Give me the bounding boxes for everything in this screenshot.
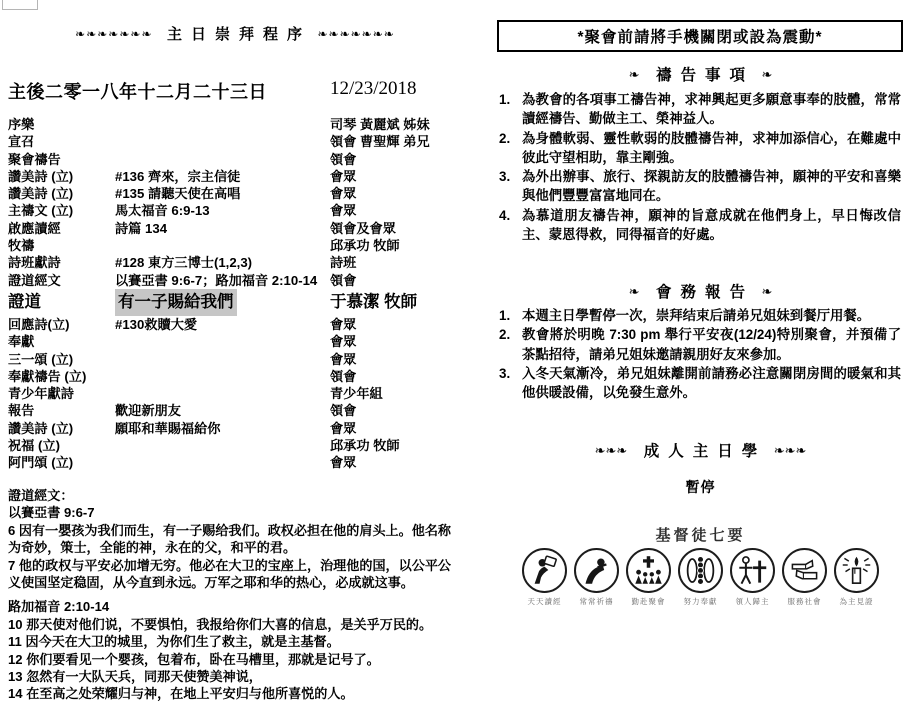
item-text: 為外出辦事、旅行、探親訪友的肢體禱告神，願神的平安和喜樂與他們豐豐富富地同在。 <box>522 167 901 206</box>
program-row: 牧禱 邱承功 牧師 <box>8 237 462 254</box>
seven-essentials-row: 天天讀經 常常祈禱 <box>490 548 911 607</box>
program-row: 證道 有一子賜給我們 于慕潔 牧師 <box>8 289 462 316</box>
ornament-right: ❧❧❧❧❧❧❧ <box>317 27 394 41</box>
announcement-list-item: 1. 本週主日學暫停一次，崇拜结束后請弟兄姐妹到餐厅用餐。 <box>499 306 901 325</box>
offering-icon-circle <box>678 548 723 593</box>
program-row: 奉獻 會眾 <box>8 333 462 350</box>
program-row: 奉獻禱告 (立) 領會 <box>8 368 462 385</box>
program-row: 主禱文 (立) 馬太福音 6:9-13 會眾 <box>8 202 462 219</box>
program-row: 青少年獻詩 青少年組 <box>8 385 462 402</box>
program-item-label: 青少年獻詩 <box>8 385 74 402</box>
western-date: 12/23/2018 <box>330 78 417 100</box>
program-person: 領會 曹聖輝 弟兄 <box>330 133 430 150</box>
seven-item: 服務社會 <box>780 548 829 607</box>
seven-essentials: 基督徒七要 天天讀經 <box>490 524 911 607</box>
item-number: 1. <box>499 306 522 325</box>
program-content: #135 請聽天使在高唱 <box>115 185 240 202</box>
announcement-list-item: 3. 入冬天氣漸冷，弟兄姐妹離開前請務必注意關閉房間的暖氣和其他供暖設備，以免發… <box>499 364 901 403</box>
service-icon <box>788 554 821 587</box>
scripture-verse: 6 因有一嬰孩为我们而生，有一子赐给我们。政权必担在他的肩头上。他名称为奇妙，策… <box>8 522 462 557</box>
program-row: 回應詩(立) #130救贖大愛 會眾 <box>8 316 462 333</box>
item-number: 3. <box>499 364 522 403</box>
ornament-left: ❧❧❧❧❧❧❧ <box>75 27 152 41</box>
program-row: 聚會禱告 領會 <box>8 151 462 168</box>
program-content: #130救贖大愛 <box>115 316 197 333</box>
sunday-school-status: 暫停 <box>490 477 911 497</box>
scripture-heading: 證道經文： <box>8 487 462 504</box>
program-row: 讚美詩 (立) 願耶和華賜福給你 會眾 <box>8 420 462 437</box>
seven-item: 為主見證 <box>832 548 881 607</box>
announcements-list: 1. 本週主日學暫停一次，崇拜结束后請弟兄姐妹到餐厅用餐。 2. 教會將於明晚 … <box>499 306 901 402</box>
praying-icon <box>580 554 613 587</box>
witness-icon <box>840 554 873 587</box>
prayer-list-item: 1. 為教會的各項事工禱告神，求神興起更多願意事奉的肢體，常常讀經禱告、勤做主工… <box>499 90 901 129</box>
program-person: 司琴 黃麗斌 姊妹 <box>330 116 430 133</box>
program-item-label: 讚美詩 (立) <box>8 420 73 437</box>
program-item-label: 詩班獻詩 <box>8 254 61 271</box>
seven-item: 領人歸主 <box>728 548 777 607</box>
chinese-date: 主後二零一八年十二月二十三日 <box>8 82 267 102</box>
announcements-heading-text: 會務報告 <box>656 284 754 301</box>
program-item-label: 證道經文 <box>8 272 61 289</box>
assembly-icon <box>632 554 665 587</box>
passage2-title: 路加福音 2:10-14 <box>8 598 462 615</box>
sunday-school-heading-text: 成人主日學 <box>644 443 767 460</box>
passage2-verses: 10 那天使对他们说，不要惧怕，我报给你们大喜的信息，是关乎万民的。11 因今天… <box>8 616 462 703</box>
section-heading-adult-sunday-school: ❧❧❧ 成人主日學 ❧❧❧ <box>490 439 911 461</box>
evangelism-icon-circle <box>730 548 775 593</box>
scripture-gap <box>8 591 462 598</box>
seven-item-label: 為主見證 <box>840 596 874 607</box>
phone-notice-box: *聚會前請將手機關閉或設為震動* <box>497 20 903 52</box>
scripture-verse: 7 他的政权与平安必加增无穷。他必在大卫的宝座上，治理他的国，以公平公义使国坚定… <box>8 557 462 592</box>
program-item-label: 牧禱 <box>8 237 34 254</box>
seven-item-label: 服務社會 <box>788 596 822 607</box>
program-person: 會眾 <box>330 420 356 437</box>
program-item-label: 回應詩(立) <box>8 316 70 333</box>
program-person: 領會 <box>330 272 356 289</box>
program-person: 領會 <box>330 402 356 419</box>
program-content: #128 東方三博士(1,2,3) <box>115 254 252 271</box>
item-text: 為教會的各項事工禱告神，求神興起更多願意事奉的肢體，常常讀經禱告、勤做主工、榮神… <box>522 90 901 129</box>
offering-icon <box>684 554 717 587</box>
item-text: 本週主日學暫停一次，崇拜结束后請弟兄姐妹到餐厅用餐。 <box>522 306 901 325</box>
scripture-verse: 13 忽然有一大队天兵，同那天使赞美神说， <box>8 668 462 685</box>
program-row: 祝福 (立) 邱承功 牧師 <box>8 437 462 454</box>
seven-item-label: 領人歸主 <box>736 596 770 607</box>
program-person: 會眾 <box>330 333 356 350</box>
item-number: 4. <box>499 206 522 245</box>
program-row: 三一頌 (立) 會眾 <box>8 351 462 368</box>
seven-item: 常常祈禱 <box>572 548 621 607</box>
seven-essentials-title: 基督徒七要 <box>490 524 911 545</box>
seven-item-label: 努力奉獻 <box>684 596 718 607</box>
item-number: 2. <box>499 325 522 364</box>
service-icon-circle <box>782 548 827 593</box>
program-person: 會眾 <box>330 202 356 219</box>
right-page: *聚會前請將手機關閉或設為震動* ❧ 禱告事項 ❧ 1. 為教會的各項事工禱告神… <box>490 0 911 705</box>
scripture-verse: 14 在至高之处荣耀归与神，在地上平安归与他所喜悦的人。 <box>8 685 462 702</box>
scripture-section: 證道經文： 以賽亞書 9:6-7 6 因有一嬰孩为我们而生，有一子赐给我们。政权… <box>8 487 462 703</box>
program-person: 領會 <box>330 368 356 385</box>
program-row: 報告 歡迎新朋友 領會 <box>8 402 462 419</box>
program-person: 邱承功 牧師 <box>330 437 400 454</box>
program-row: 阿門頌 (立) 會眾 <box>8 454 462 471</box>
seven-item: 努力奉獻 <box>676 548 725 607</box>
program-row: 讚美詩 (立) #135 請聽天使在高唱 會眾 <box>8 185 462 202</box>
seven-item-label: 常常祈禱 <box>580 596 614 607</box>
item-text: 入冬天氣漸冷，弟兄姐妹離開前請務必注意關閉房間的暖氣和其他供暖設備，以免發生意外… <box>522 364 901 403</box>
program-person: 青少年組 <box>330 385 383 402</box>
reading-icon <box>528 554 561 587</box>
reading-icon-circle <box>522 548 567 593</box>
program-person: 會眾 <box>330 351 356 368</box>
program-list: 序樂 司琴 黃麗斌 姊妹 宣召 領會 曹聖輝 弟兄 聚會禱告 領會 讚美詩 (立… <box>8 116 462 472</box>
evangelism-icon <box>736 554 769 587</box>
program-row: 序樂 司琴 黃麗斌 姊妹 <box>8 116 462 133</box>
program-row: 宣召 領會 曹聖輝 弟兄 <box>8 133 462 150</box>
program-row: 啟應讀經 詩篇 134 領會及會眾 <box>8 220 462 237</box>
program-content: 馬太福音 6:9-13 <box>115 202 210 219</box>
praying-icon-circle <box>574 548 619 593</box>
program-person: 于慕潔 牧師 <box>330 289 417 316</box>
scripture-verse: 10 那天使对他们说，不要惧怕，我报给你们大喜的信息，是关乎万民的。 <box>8 616 462 633</box>
program-content: 詩篇 134 <box>115 220 167 237</box>
program-person: 會眾 <box>330 454 356 471</box>
program-content: 有一子賜給我們 <box>115 289 237 316</box>
seven-item-label: 天天讀經 <box>528 596 562 607</box>
program-item-label: 聚會禱告 <box>8 151 61 168</box>
program-item-label: 報告 <box>8 402 34 419</box>
assembly-icon-circle <box>626 548 671 593</box>
program-person: 領會及會眾 <box>330 220 396 237</box>
scripture-verse: 12 你们要看见一个婴孩，包着布，卧在马槽里，那就是记号了。 <box>8 651 462 668</box>
program-item-label: 讚美詩 (立) <box>8 168 73 185</box>
left-page: ❧❧❧❧❧❧❧ 主日崇拜程序 ❧❧❧❧❧❧❧ 主後二零一八年十二月二十三日 12… <box>8 0 462 705</box>
seven-item: 勤赴聚會 <box>624 548 673 607</box>
program-person: 會眾 <box>330 185 356 202</box>
program-row: 詩班獻詩 #128 東方三博士(1,2,3) 詩班 <box>8 254 462 271</box>
seven-item: 天天讀經 <box>520 548 569 607</box>
prayer-list-item: 4. 為慕道朋友禱告神，願神的旨意成就在他們身上，早日悔改信主、蒙恩得救，同得福… <box>499 206 901 245</box>
prayer-heading-text: 禱告事項 <box>656 67 754 84</box>
ornament-right: ❧ <box>761 67 772 82</box>
program-person: 詩班 <box>330 254 356 271</box>
program-person: 會眾 <box>330 316 356 333</box>
ornament-left: ❧❧❧ <box>595 443 628 458</box>
program-item-label: 祝福 (立) <box>8 437 60 454</box>
section-heading-announcements: ❧ 會務報告 ❧ <box>490 280 911 302</box>
ornament-right: ❧ <box>761 284 772 299</box>
program-person: 會眾 <box>330 168 356 185</box>
item-number: 3. <box>499 167 522 206</box>
program-content: 願耶和華賜福給你 <box>115 420 221 437</box>
witness-icon-circle <box>834 548 879 593</box>
program-item-label: 證道 <box>8 289 41 316</box>
page-title-line: ❧❧❧❧❧❧❧ 主日崇拜程序 ❧❧❧❧❧❧❧ <box>8 23 462 44</box>
seven-item-label: 勤赴聚會 <box>632 596 666 607</box>
item-text: 為慕道朋友禱告神，願神的旨意成就在他們身上，早日悔改信主、蒙恩得救，同得福音的好… <box>522 206 901 245</box>
program-person: 領會 <box>330 151 356 168</box>
program-item-label: 奉獻禱告 (立) <box>8 368 86 385</box>
program-item-label: 序樂 <box>8 116 34 133</box>
prayer-list: 1. 為教會的各項事工禱告神，求神興起更多願意事奉的肢體，常常讀經禱告、勤做主工… <box>499 90 901 244</box>
ornament-right: ❧❧❧ <box>774 443 807 458</box>
item-text: 為身體軟弱、靈性軟弱的肢體禱告神，求神加添信心，在難處中彼此守望相助，靠主剛強。 <box>522 129 901 168</box>
date-line: 主後二零一八年十二月二十三日 12/23/2018 <box>8 78 462 102</box>
page-title: 主日崇拜程序 <box>167 26 311 43</box>
prayer-list-item: 3. 為外出辦事、旅行、探親訪友的肢體禱告神，願神的平安和喜樂與他們豐豐富富地同… <box>499 167 901 206</box>
program-item-label: 阿門頌 (立) <box>8 454 73 471</box>
program-item-label: 奉獻 <box>8 333 34 350</box>
program-item-label: 三一頌 (立) <box>8 351 73 368</box>
program-item-label: 啟應讀經 <box>8 220 61 237</box>
passage1-title: 以賽亞書 9:6-7 <box>8 504 462 521</box>
prayer-list-item: 2. 為身體軟弱、靈性軟弱的肢體禱告神，求神加添信心，在難處中彼此守望相助，靠主… <box>499 129 901 168</box>
item-number: 2. <box>499 129 522 168</box>
scripture-verse: 11 因今天在大卫的城里，为你们生了救主，就是主基督。 <box>8 633 462 650</box>
section-heading-prayer: ❧ 禱告事項 ❧ <box>490 63 911 85</box>
program-item-label: 讚美詩 (立) <box>8 185 73 202</box>
program-content: #136 齊來，宗主信徒 <box>115 168 240 185</box>
program-row: 讚美詩 (立) #136 齊來，宗主信徒 會眾 <box>8 168 462 185</box>
item-number: 1. <box>499 90 522 129</box>
item-text: 教會將於明晚 7:30 pm 舉行平安夜(12/24)特別聚會，并預備了茶點招待… <box>522 325 901 364</box>
program-content: 以賽亞書 9:6-7；路加福音 2:10-14 <box>115 272 317 289</box>
program-content: 歡迎新朋友 <box>115 402 181 419</box>
passage1-verses: 6 因有一嬰孩为我们而生，有一子赐给我们。政权必担在他的肩头上。他名称为奇妙，策… <box>8 522 462 592</box>
program-row: 證道經文 以賽亞書 9:6-7；路加福音 2:10-14 領會 <box>8 272 462 289</box>
program-item-label: 主禱文 (立) <box>8 202 73 219</box>
program-person: 邱承功 牧師 <box>330 237 400 254</box>
ornament-left: ❧ <box>629 67 640 82</box>
ornament-left: ❧ <box>629 284 640 299</box>
announcement-list-item: 2. 教會將於明晚 7:30 pm 舉行平安夜(12/24)特別聚會，并預備了茶… <box>499 325 901 364</box>
program-item-label: 宣召 <box>8 133 34 150</box>
